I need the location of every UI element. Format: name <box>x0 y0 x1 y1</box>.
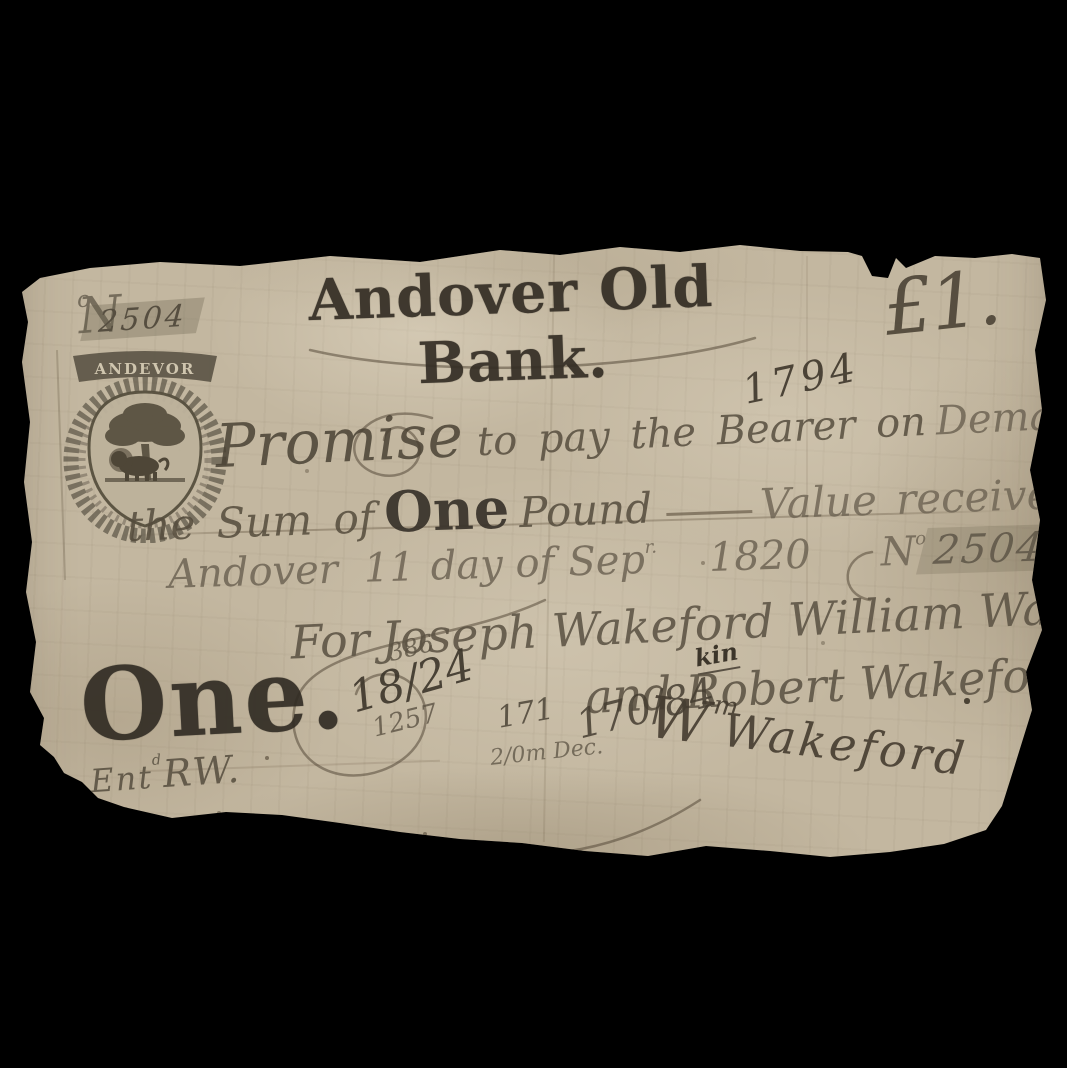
flourish-signature-tail <box>470 800 700 855</box>
date-place: Andover <box>167 547 338 598</box>
entered-rw: RW. <box>161 747 242 796</box>
date-day: 11 <box>363 544 415 592</box>
counter-one: One. <box>77 633 349 765</box>
annotation-171: 171 <box>494 691 556 735</box>
serial-highlight-band: 2504 <box>80 297 205 341</box>
ink-specks <box>0 0 2 2</box>
promise-text: to pay the Bearer on <box>476 399 927 465</box>
denomination-top-right: £1. <box>880 252 1004 353</box>
banknote-photo: ANDEVOR No2504 Andover Old Bank. £1. 179… <box>0 0 1067 1068</box>
entered-initials: EntdRW. <box>89 747 243 801</box>
signature-last: Wakeford <box>719 703 970 787</box>
serial-prefix-dateline: No <box>880 528 916 575</box>
promise-word: Promise <box>214 401 464 482</box>
serial-number-top-left: No2504 <box>76 279 202 345</box>
banknote-paper: ANDEVOR No2504 Andover Old Bank. £1. 179… <box>0 0 1067 1068</box>
serial-number: 2504 <box>97 299 188 340</box>
date-year: 1820 <box>708 532 811 581</box>
entered-word: Entd <box>89 758 154 800</box>
annotation-dec: 2/0m Dec. <box>489 734 604 771</box>
promise-demand: Demand <box>935 391 1067 445</box>
sum-prefix: the Sum of <box>126 493 376 551</box>
date-dayof: day of <box>430 540 555 590</box>
bank-title: Andover Old Bank. <box>220 250 804 404</box>
serial-highlight-band: 2504 <box>916 524 1061 575</box>
serial-number-dateline: 2504 <box>931 524 1046 574</box>
crest-banner-text: ANDEVOR <box>94 360 196 378</box>
blank-line <box>666 494 753 516</box>
value-received: Value received. <box>759 468 1067 529</box>
date-month: Sepr. <box>568 537 646 585</box>
crest-banner: ANDEVOR <box>73 351 217 382</box>
sum-unit: Pound <box>518 484 652 538</box>
serial-prefix: No <box>76 287 80 345</box>
sum-amount: One <box>383 476 510 546</box>
